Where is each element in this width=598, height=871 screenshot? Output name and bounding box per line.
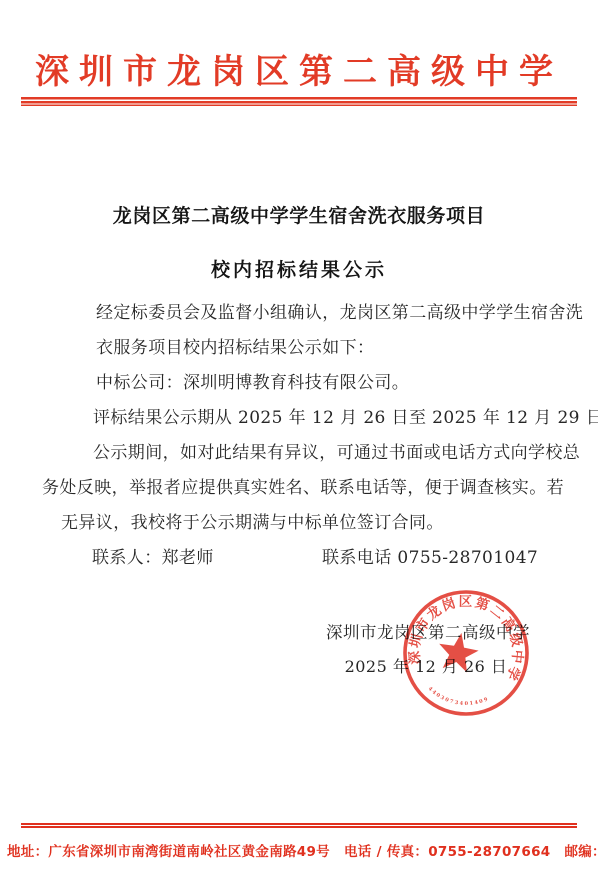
body-line: 中标公司：深圳明博教育科技有限公司。 xyxy=(42,366,558,401)
footer: 地址：广东省深圳市南湾街道南岭社区黄金南路49号电话 / 传真：0755-287… xyxy=(0,840,598,860)
letterhead-school-name: 深圳市龙岗区第二高级中学 xyxy=(0,44,598,93)
body-line: 务处反映，举报者应提供真实姓名、联系电话等，便于调查核实。若 xyxy=(42,471,558,506)
contact-phone: 联系电话 0755-28701047 xyxy=(322,541,538,576)
body-line: 公示期间，如对此结果有异议，可通过书面或电话方式向学校总 xyxy=(42,436,558,471)
document-body: 经定标委员会及监督小组确认，龙岗区第二高级中学学生宿舍洗 衣服务项目校内招标结果… xyxy=(42,296,558,576)
contact-person: 联系人：郑老师 xyxy=(42,548,214,568)
footer-postal-code: 邮编：518123 xyxy=(564,844,598,860)
letterhead-rule xyxy=(21,97,577,106)
document-title-line1: 龙岗区第二高级中学学生宿舍洗衣服务项目 xyxy=(0,201,598,228)
footer-address: 地址：广东省深圳市南湾街道南岭社区黄金南路49号 xyxy=(7,844,330,860)
official-seal: 深圳市龙岗区第二高级中学 4403073401409 xyxy=(390,577,543,730)
body-line: 衣服务项目校内招标结果公示如下： xyxy=(42,331,558,366)
body-line: 经定标委员会及监督小组确认，龙岗区第二高级中学学生宿舍洗 xyxy=(42,296,558,331)
footer-phone-fax: 电话 / 传真：0755-28707664 xyxy=(344,844,550,860)
document-title-line2: 校内招标结果公示 xyxy=(0,255,598,282)
seal-ring-text: 深圳市龙岗区第二高级中学 xyxy=(403,583,536,685)
body-line: 无异议，我校将于公示期满与中标单位签订合同。 xyxy=(42,506,558,541)
document-page: 深圳市龙岗区第二高级中学 龙岗区第二高级中学学生宿舍洗衣服务项目 校内招标结果公… xyxy=(0,0,598,871)
contact-row: 联系人：郑老师 联系电话 0755-28701047 xyxy=(42,541,558,576)
star-icon xyxy=(435,629,481,673)
seal-code: 4403073401409 xyxy=(425,685,491,712)
body-line: 评标结果公示期从 2025 年 12 月 26 日至 2025 年 12 月 2… xyxy=(42,401,558,436)
footer-rule xyxy=(21,823,577,828)
